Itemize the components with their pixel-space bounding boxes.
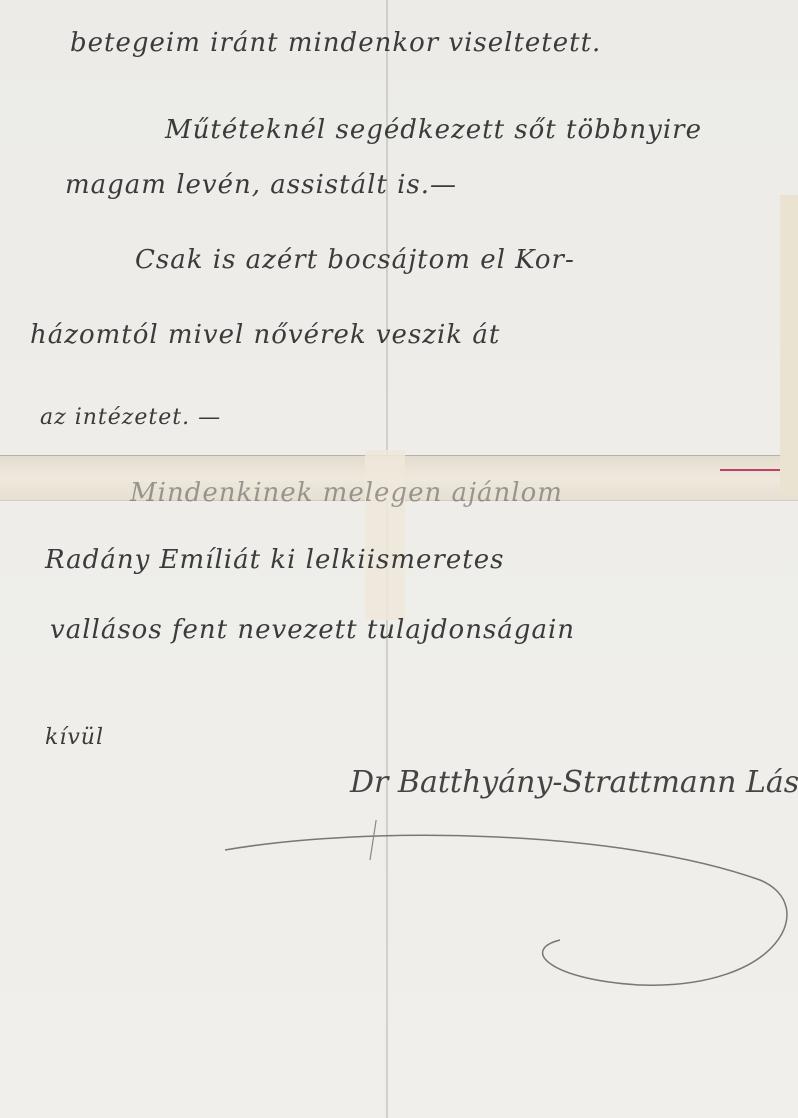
text-line-10: kívül	[45, 725, 104, 750]
text-line-8: Radány Emíliát ki lelkiismeretes	[45, 545, 504, 575]
text-line-4: Csak is azért bocsájtom el Kor-	[135, 245, 575, 275]
red-ink-mark	[720, 469, 780, 471]
text-line-6: az intézetet. —	[40, 405, 221, 430]
text-line-5: házomtól mivel nővérek veszik át	[30, 320, 500, 350]
text-line-2: Műtéteknél segédkezett sőt többnyire	[165, 115, 702, 145]
text-line-9: vallásos fent nevezett tulajdonságain	[50, 615, 575, 645]
text-line-1: betegeim iránt mindenkor viseltetett.	[70, 28, 601, 58]
text-line-7-obscured: Mindenkinek melegen ajánlom	[130, 478, 563, 508]
signature-flourish	[220, 820, 798, 1000]
letter-page: betegeim iránt mindenkor viseltetett. Mű…	[0, 0, 798, 1118]
tape-strip-right	[780, 195, 798, 495]
tape-strip	[365, 450, 405, 620]
signature: Dr Batthyány-Strattmann László	[350, 765, 798, 800]
text-line-3: magam levén, assistált is.—	[65, 170, 457, 200]
